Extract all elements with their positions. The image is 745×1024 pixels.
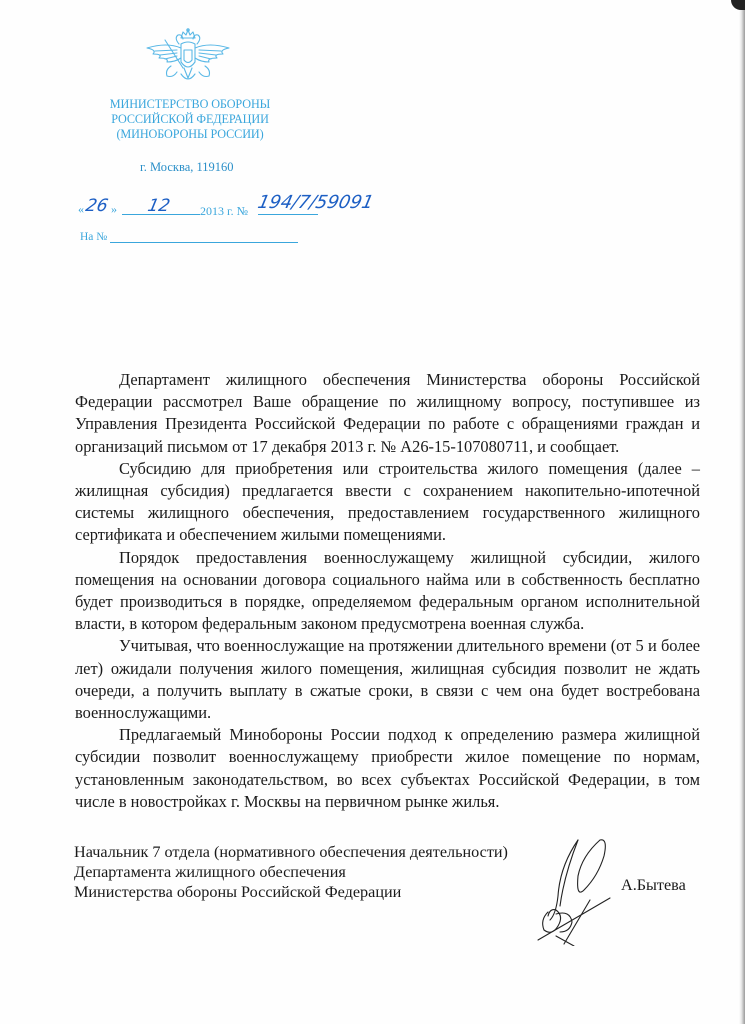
page-edge-shadow [739,0,745,1024]
body-paragraph-2: Субсидию для приобретения или строительс… [75,458,700,547]
letterhead-line-1: МИНИСТЕРСТВО ОБОРОНЫ [100,97,280,112]
city-postal-code: г. Москва, 119160 [140,160,234,175]
reference-line: На № [80,230,298,243]
registration-month: 12 [146,196,172,216]
signatory-name: А.Бытева [621,876,686,895]
reference-label: На № [80,231,107,243]
double-headed-eagle-icon [143,28,233,90]
reference-underline [110,230,298,243]
registration-day: 26 [84,196,110,216]
quote-close: » [111,202,117,217]
registration-number: 194/7/59091 [256,192,376,213]
letterhead-line-3: (МИНОБОРОНЫ РОССИИ) [100,127,280,142]
ministry-letterhead: МИНИСТЕРСТВО ОБОРОНЫ РОССИЙСКОЙ ФЕДЕРАЦИ… [100,97,280,142]
signatory-title-line-1: Начальник 7 отдела (нормативного обеспеч… [74,842,508,862]
body-paragraph-3: Порядок предоставления военнослужащему ж… [75,547,700,636]
signatory-title-line-3: Министерства обороны Российской Федераци… [74,882,508,902]
handwritten-signature-icon [530,836,620,946]
registration-line: « 26 » 12 2013 г. № 194/7/59091 [78,196,378,222]
page-corner-fold [731,0,745,10]
body-paragraph-5: Предлагаемый Минобороны России подход к … [75,724,700,813]
signatory-title: Начальник 7 отдела (нормативного обеспеч… [74,842,508,902]
signatory-title-line-2: Департамента жилищного обеспечения [74,862,508,882]
letter-body: Департамент жилищного обеспечения Минист… [75,369,700,813]
body-paragraph-1: Департамент жилищного обеспечения Минист… [75,369,700,458]
letterhead-line-2: РОССИЙСКОЙ ФЕДЕРАЦИИ [100,112,280,127]
letter-page: МИНИСТЕРСТВО ОБОРОНЫ РОССИЙСКОЙ ФЕДЕРАЦИ… [0,0,745,1024]
body-paragraph-4: Учитывая, что военнослужащие на протяжен… [75,635,700,724]
registration-year-label: 2013 г. № [200,204,248,219]
